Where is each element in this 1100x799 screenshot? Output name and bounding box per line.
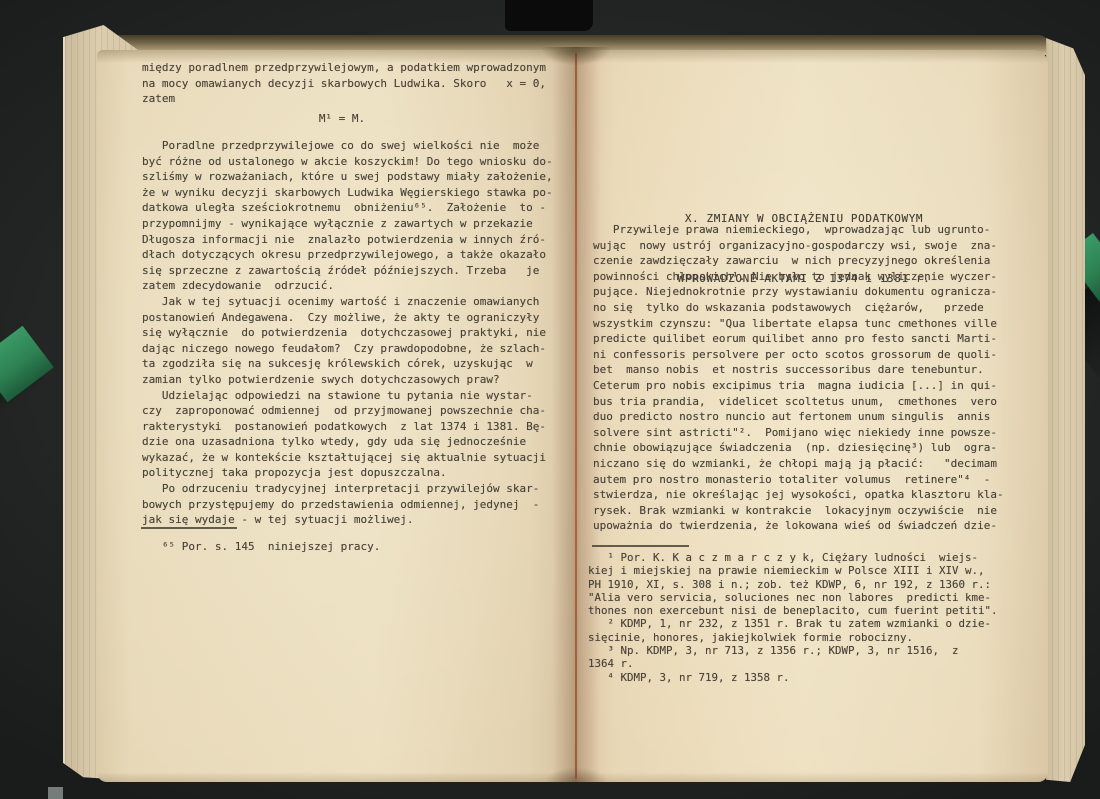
right-footnote-separator xyxy=(592,545,689,547)
left-page-intro-text: między poradlnem przedprzywilejowym, a p… xyxy=(142,60,554,107)
page-edges-right xyxy=(1046,38,1085,782)
gray-mark xyxy=(48,787,63,799)
right-page-body-text: Przywileje prawa niemieckiego, wprowadza… xyxy=(593,222,1018,534)
gutter-bottom-shadow xyxy=(534,762,618,782)
left-page-body-text: Poradlne przedprzywilejowe co do swej wi… xyxy=(142,138,554,528)
book-spine-top xyxy=(505,0,593,31)
left-page-formula: M¹ = M. xyxy=(142,111,542,127)
photo-background: między poradlnem przedprzywilejowym, a p… xyxy=(0,0,1100,799)
left-footnote-separator xyxy=(141,527,237,529)
right-page-footnotes: ¹ Por. K. K a c z m a r c z y k, Ciężary… xyxy=(588,551,1018,684)
book-gutter-line xyxy=(575,53,577,779)
left-page-footnote: ⁶⁵ Por. s. 145 niniejszej pracy. xyxy=(142,539,554,555)
